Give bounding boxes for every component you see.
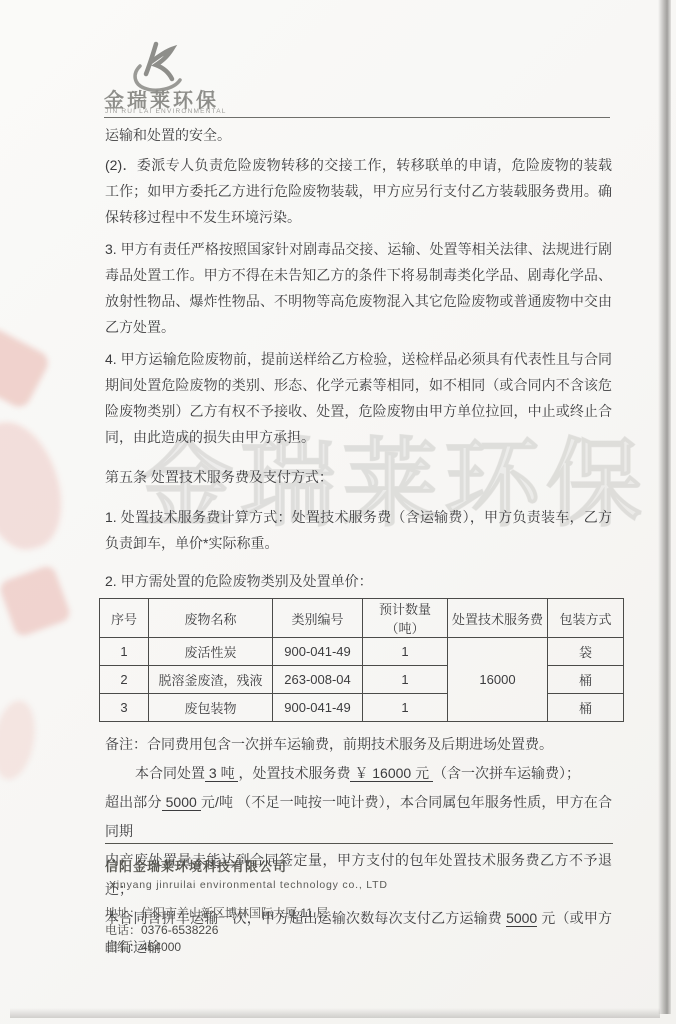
cell-quantity: 1 — [363, 638, 448, 666]
scan-page-edge-right — [658, 0, 671, 1014]
col-header-index: 序号 — [100, 599, 149, 638]
cell-packaging: 桶 — [548, 666, 624, 694]
waste-price-table: 序号 废物名称 类别编号 预计数量（吨） 处置技术服务费 包装方式 1 废活性炭… — [99, 598, 624, 722]
text-segment: （含一次拼车运输费）； — [433, 765, 580, 781]
footer-postcode: 邮编：464000 — [105, 939, 585, 956]
cell-category-code: 900-041-49 — [273, 694, 363, 722]
table-row: 1 废活性炭 900-041-49 1 16000 袋 — [100, 638, 624, 666]
cell-waste-name: 脱溶釜废渣，残液 — [149, 666, 273, 694]
scan-page-edge-bottom — [10, 1008, 660, 1018]
scanned-contract-page: 金瑞莱环保 JIN RUI LAI ENVIRONMENTAL 金瑞莱环保 运输… — [0, 0, 676, 1024]
stamp-bleed-mark — [0, 564, 72, 638]
underlined-tons-value: 3 吨 — [205, 765, 238, 782]
remark-excess-price: 超出部分 5000 元/吨 （不足一吨按一吨计费），本合同属包年服务性质，甲方在… — [105, 788, 612, 846]
footer-block: 信阳金瑞莱环境科技有限公司 Xinyang jinruilai environm… — [105, 856, 585, 956]
footer-company-name-en: Xinyang jinruilai environmental technolo… — [109, 879, 585, 891]
cell-index: 3 — [100, 694, 149, 722]
cell-quantity: 1 — [363, 666, 448, 694]
cell-category-code: 900-041-49 — [273, 638, 363, 666]
text-segment: 本合同处置 — [135, 765, 205, 781]
underlined-excess-price: 5000 — [162, 794, 201, 811]
contract-body: 运输和处置的安全。 (2)．委派专人负责危险废物转移的交接工作，转移联单的申请，… — [105, 122, 612, 962]
col-header-service-fee: 处置技术服务费 — [448, 599, 548, 638]
cell-waste-name: 废包装物 — [149, 694, 273, 722]
footer-company-name-cn: 信阳金瑞莱环境科技有限公司 — [105, 856, 585, 875]
col-header-category-code: 类别编号 — [273, 599, 363, 638]
heading-article-5: 第五条 处置技术服务费及支付方式： — [105, 464, 612, 490]
footer-divider — [105, 843, 613, 844]
paragraph-transfer-duty: (2)．委派专人负责危险废物转移的交接工作，转移联单的申请，危险废物的装载工作；… — [105, 152, 612, 230]
footer-address: 地址：信阳市羊山新区博林国际大厦 11 层 — [105, 905, 585, 922]
letterhead-divider — [104, 117, 610, 118]
paragraph-sample-inspection: 4. 甲方运输危险废物前，提前送样给乙方检验，送检样品必须具有代表性且与合同期间… — [105, 346, 612, 450]
remark-note: 备注：合同费用包含一次拼车运输费，前期技术服务及后期进场处置费。 — [105, 730, 612, 759]
paragraph-toxic-rules: 3. 甲方有责任严格按照国家针对剧毒品交接、运输、处置等相关法律、法规进行剧毒品… — [105, 236, 612, 340]
cell-quantity: 1 — [363, 694, 448, 722]
footer-contact-lines: 地址：信阳市羊山新区博林国际大厦 11 层 电话：0376-6538226 邮编… — [105, 905, 585, 956]
cell-service-fee-merged: 16000 — [448, 638, 548, 722]
stamp-bleed-mark — [0, 697, 41, 783]
underlined-fee-value: ￥ 16000 元 — [350, 765, 433, 782]
col-header-quantity: 预计数量（吨） — [363, 599, 448, 638]
cell-packaging: 桶 — [548, 694, 624, 722]
col-header-waste-name: 废物名称 — [149, 599, 273, 638]
cell-packaging: 袋 — [548, 638, 624, 666]
cell-index: 1 — [100, 638, 149, 666]
cell-index: 2 — [100, 666, 149, 694]
text-segment: ，处置技术服务费 — [238, 765, 350, 781]
col-header-packaging: 包装方式 — [548, 599, 624, 638]
footer-phone: 电话：0376-6538226 — [105, 922, 585, 939]
brand-subtitle: JIN RUI LAI ENVIRONMENTAL — [105, 108, 325, 115]
table-header-row: 序号 废物名称 类别编号 预计数量（吨） 处置技术服务费 包装方式 — [100, 599, 624, 638]
cell-waste-name: 废活性炭 — [149, 638, 273, 666]
paragraph-safety: 运输和处置的安全。 — [105, 122, 612, 148]
stamp-bleed-mark — [0, 325, 52, 411]
stamp-bleed-mark — [0, 412, 73, 557]
remark-contract-amount: 本合同处置 3 吨 ，处置技术服务费 ￥ 16000 元 （含一次拼车运输费）； — [105, 759, 612, 788]
paragraph-fee-calculation: 1. 处置技术服务费计算方式：处置技术服务费（含运输费），甲方负责装车，乙方负责… — [105, 504, 612, 556]
heading-price-list: 2. 甲方需处置的危险废物类别及处置单价： — [105, 568, 612, 594]
text-segment: 超出部分 — [105, 794, 162, 810]
cell-category-code: 263-008-04 — [273, 666, 363, 694]
